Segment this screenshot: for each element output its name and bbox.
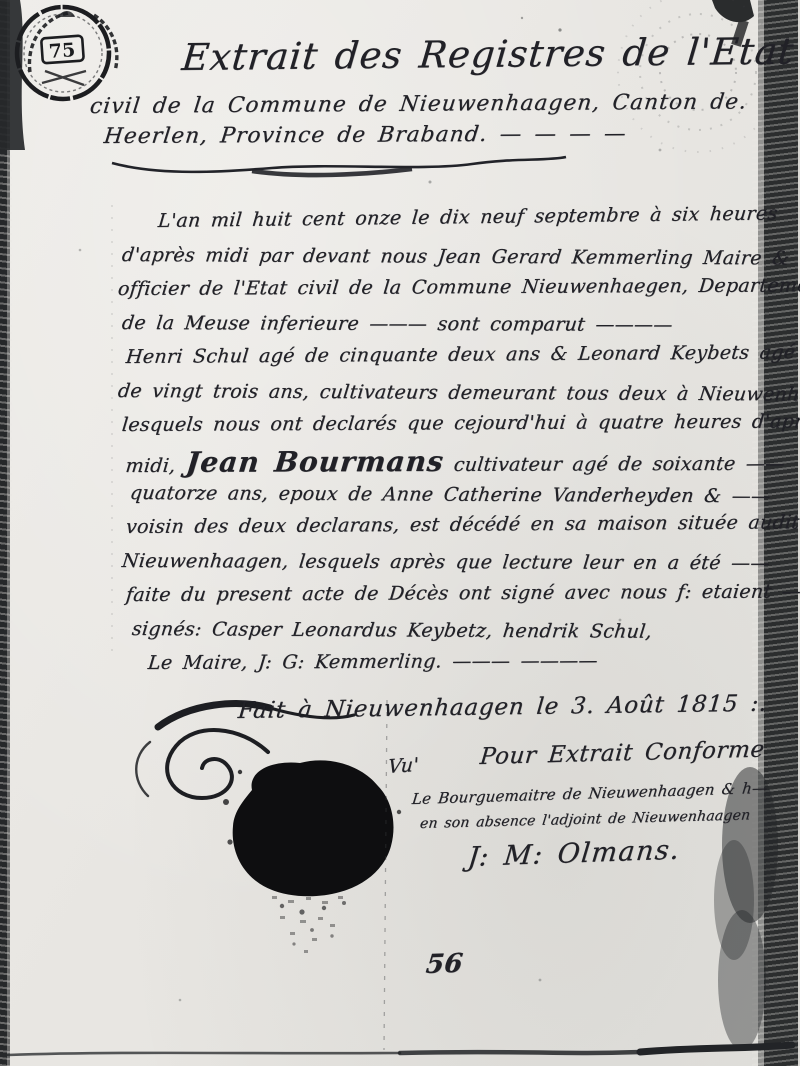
body-line-6: de vingt trois ans, cultivateurs demeura… (117, 380, 800, 406)
body-line-10: voisin des deux declarans, est décédé en… (125, 511, 800, 538)
corner-mark-icon (712, 0, 754, 22)
bottom-smudge-line (8, 1045, 792, 1055)
stamp-inner-ring (24, 14, 102, 92)
blot-drip-texture (272, 896, 343, 953)
body-line-9: quatorze ans, epoux de Anne Catherine Va… (129, 482, 772, 507)
body-line-14: Le Maire, J: G: Kemmerling. ——— ———— (147, 650, 599, 674)
left-border-band (0, 0, 12, 1066)
title-line-2: civil de la Commune de Nieuwenhaagen, Ca… (89, 89, 749, 119)
body-line-7: lesquels nous ont declarés que cejourd'h… (121, 410, 800, 436)
vu-mark: Vu' (387, 754, 419, 778)
body-line-12: faite du present acte de Décès ont signé… (125, 580, 800, 606)
dateline: Fait à Nieuwenhaagen le 3. Août 1815 :. (237, 691, 769, 724)
official-line-1: Le Bourguemaitre de Nieuwenhaagen & h— (411, 779, 768, 808)
body-line-5: Henri Schul agé de cinquante deux ans & … (125, 341, 800, 368)
stamp-banner (41, 36, 84, 64)
stamp-crown-icon (58, 11, 75, 17)
body-line-11: Nieuwenhaagen, lesquels après que lectur… (121, 550, 771, 574)
body-line-1: L'an mil huit cent onze le dix neuf sept… (157, 202, 779, 232)
certification-line: Pour Extrait Conforme (479, 737, 766, 771)
flourish-swirl-icon (136, 730, 268, 798)
title-line-3: Heerlen, Province de Braband. — — — — (103, 121, 629, 149)
official-signature: J: M: Olmans. (466, 835, 682, 874)
stamp-wreath-right (94, 15, 117, 71)
body-line-13: signés: Casper Leonardus Keybetz, hendri… (131, 618, 653, 643)
body-line-2: d'après midi par devant nous Jean Gerard… (121, 244, 800, 270)
stamp-value: 75 (48, 39, 76, 63)
title-underline-flourish (112, 157, 566, 175)
official-line-2: en son absence l'adjoint de Nieuwenhaage… (419, 807, 751, 832)
body-line-8: midi, Jean Bourmans cultivateur agé de s… (124, 444, 786, 479)
body-line-8-prefix: midi, (125, 455, 187, 477)
revenue-stamp-icon: 75 (17, 7, 117, 99)
page-number: 56 (424, 949, 464, 980)
ink-blot-icon (223, 760, 401, 953)
deceased-name: Jean Bourmans (185, 445, 446, 479)
stamp-cross-lines (42, 71, 86, 85)
body-line-3: officier de l'Etat civil de la Commune N… (117, 274, 800, 300)
document-scan: 75 (0, 0, 800, 1066)
body-line-4: de la Meuse inferieure ——— sont comparut… (121, 312, 674, 336)
stamp-outer-ring (17, 7, 109, 99)
stamp-wreath-left (29, 13, 68, 72)
body-line-8-suffix: cultivateur agé de soixante —— (442, 453, 785, 476)
title-line-1: Extrait des Registres de l'Etat (180, 30, 796, 79)
fold-crease-line (384, 700, 387, 1050)
